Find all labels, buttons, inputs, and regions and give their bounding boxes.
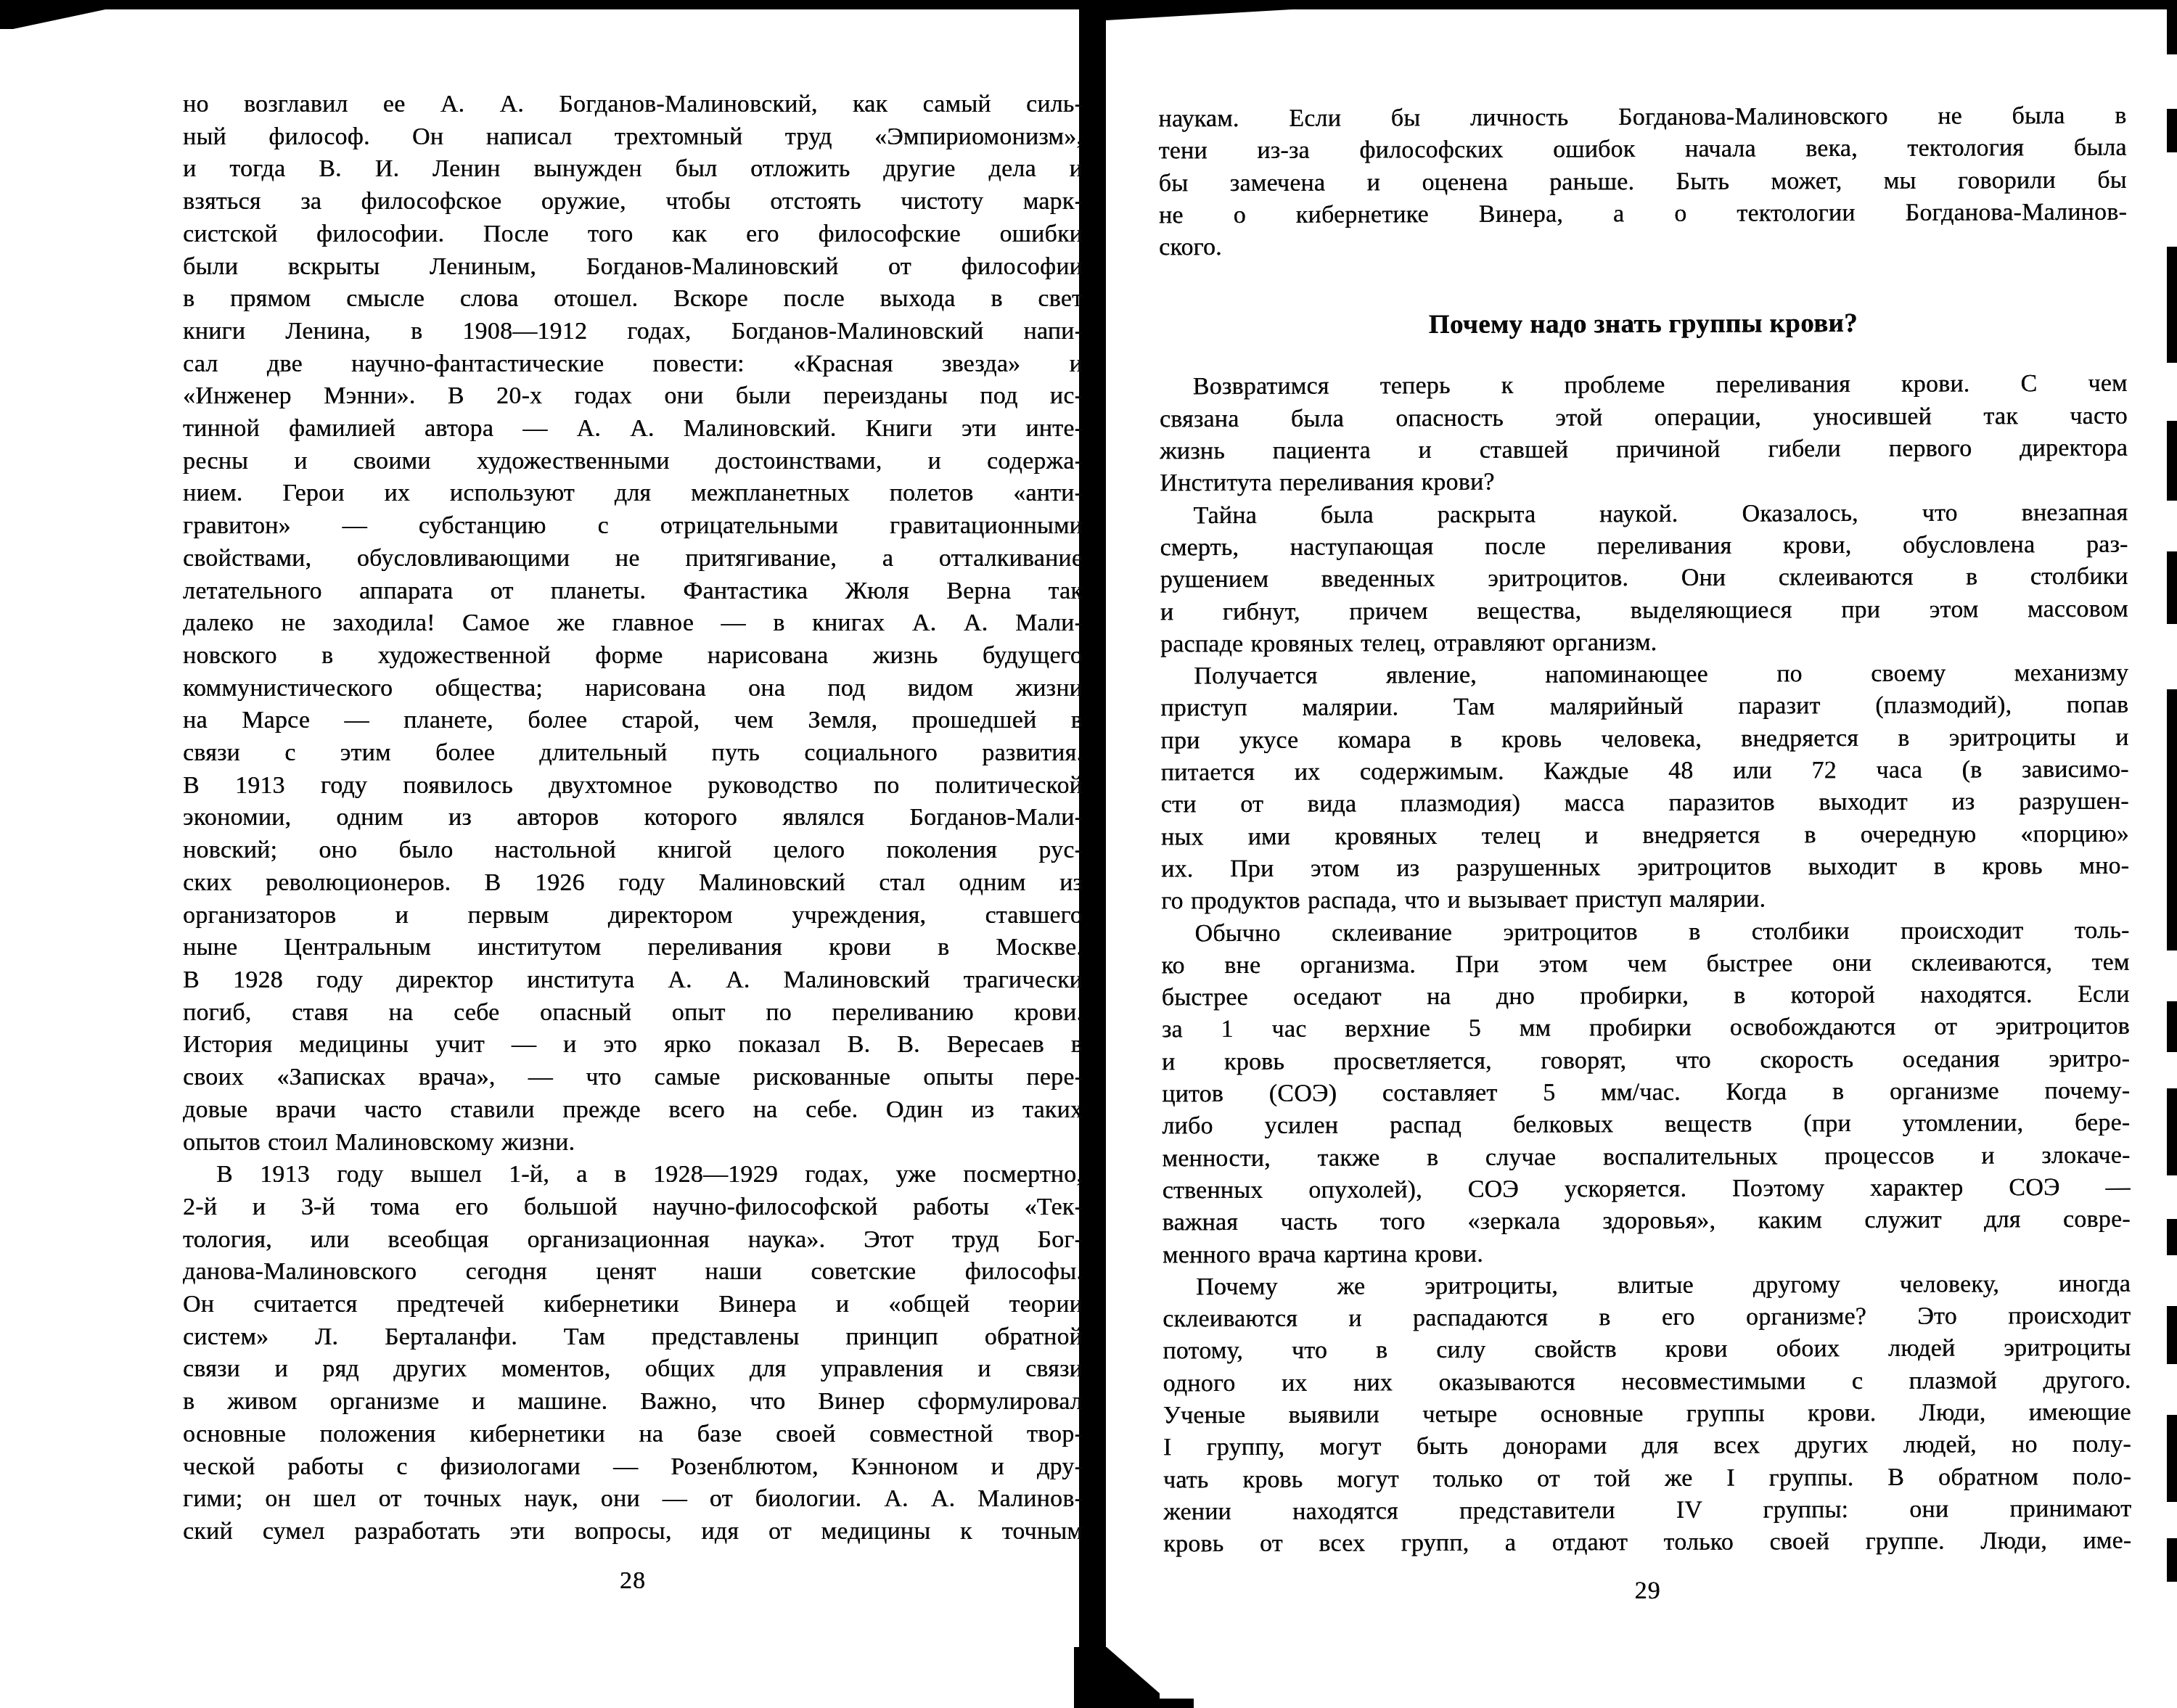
text-line: на Марсе — планете, более старой, чем Зе… <box>183 705 1083 737</box>
left-page: но возглавил ее А. А. Богданов-Малиновск… <box>183 89 1083 1595</box>
text-line: гравитон» — субстанцию с отрицательными … <box>183 510 1083 543</box>
text-line: но возглавил ее А. А. Богданов-Малиновск… <box>183 89 1083 121</box>
text-line: Получается явление, напоминающее по свое… <box>1160 657 2128 693</box>
text-line: систем» Л. Берталанфи. Там представлены … <box>183 1321 1083 1354</box>
page-number: 28 <box>183 1567 1083 1595</box>
scan-edge-bottom <box>1074 1699 1194 1708</box>
text-line: Возвратимся теперь к проблеме переливани… <box>1160 368 2128 403</box>
text-line: склеиваются и распадаются в его организм… <box>1163 1300 2131 1336</box>
page-text-column: но возглавил ее А. А. Богданов-Малиновск… <box>183 89 1083 1548</box>
text-line: «Инженер Мэнни». В 20-х годах они были п… <box>183 380 1083 413</box>
scan-edge-right-mark <box>2167 0 2177 54</box>
text-line: книги Ленина, в 1908—1912 годах, Богдано… <box>183 316 1083 348</box>
text-line: менности, также в случае воспалительных … <box>1162 1139 2130 1175</box>
text-line: жизнь пациента и ставшей причиной гибели… <box>1160 432 2128 468</box>
text-line: ный философ. Он написал трехтомный труд … <box>183 121 1083 154</box>
text-line: своих «Записках врача», — что самые риск… <box>183 1062 1083 1094</box>
text-line: нием. Герои их используют для межпланетн… <box>183 477 1083 510</box>
book-scan: но возглавил ее А. А. Богданов-Малиновск… <box>0 0 2177 1708</box>
text-line: новского в художественной форме нарисова… <box>183 640 1083 673</box>
text-line: за 1 час верхние 5 мм пробирки освобожда… <box>1162 1011 2130 1046</box>
text-line: связи и ряд других моментов, общих для у… <box>183 1353 1083 1386</box>
text-line: погиб, ставя на себе опасный опыт по пер… <box>183 997 1083 1030</box>
scan-edge-right-mark <box>2167 1538 2177 1582</box>
text-line: далеко не заходила! Самое же главное — в… <box>183 607 1083 640</box>
scan-edge-right-mark <box>2167 1306 2177 1364</box>
section-heading: Почему надо знать группы крови? <box>1159 307 2127 342</box>
text-line: данова-Малиновского сегодня ценят наши с… <box>183 1256 1083 1289</box>
text-line: Тайна была раскрыта наукой. Оказалось, ч… <box>1160 496 2128 532</box>
text-line: и тогда В. И. Ленин вынужден был отложит… <box>183 153 1083 186</box>
text-line: тинной фамилией автора — А. А. Малиновск… <box>183 413 1083 446</box>
text-line: взяться за философское оружие, чтобы отс… <box>183 186 1083 218</box>
text-line: тология, или всеобщая организационная на… <box>183 1224 1083 1257</box>
text-line: В 1928 году директор института А. А. Мал… <box>183 964 1083 997</box>
text-line: ского. <box>1159 229 2127 264</box>
text-line: не о кибернетике Винера, а о тектологии … <box>1159 197 2127 232</box>
text-line: систской философии. После того как его ф… <box>183 218 1083 251</box>
text-line: смерть, наступающая после переливания кр… <box>1160 529 2128 564</box>
text-line: одного их них оказываются несовместимыми… <box>1163 1364 2131 1400</box>
text-line: кровь от всех групп, а отдают только сво… <box>1163 1525 2131 1561</box>
text-line: ныне Центральным институтом переливания … <box>183 932 1083 964</box>
text-line: связи с этим более длительный путь социа… <box>183 737 1083 770</box>
scan-edge-right-mark <box>2167 109 2177 152</box>
text-line: 2-й и 3-й тома его большой научно-филосо… <box>183 1191 1083 1224</box>
text-line: наукам. Если бы личность Богданова-Малин… <box>1158 100 2126 136</box>
text-line: сти от вида плазмодия) масса паразитов в… <box>1161 786 2129 821</box>
text-line: ресны и своими художественными достоинст… <box>183 446 1083 478</box>
text-line: и гибнут, причем вещества, выделяющиеся … <box>1160 593 2128 628</box>
text-line: Он считается предтечей кибернетики Винер… <box>183 1289 1083 1321</box>
text-line: распаде кровяных телец, отравляют органи… <box>1160 625 2128 661</box>
text-line: летательного аппарата от планеты. Фантас… <box>183 575 1083 608</box>
scan-edge-right-mark <box>2167 689 2177 951</box>
text-line: ческой работы с физиологами — Розенблюто… <box>183 1451 1083 1484</box>
scan-edge-right-mark <box>2167 551 2177 624</box>
text-line: бы замечена и оценена раньше. Быть может… <box>1159 164 2127 200</box>
text-line: I группу, могут быть донорами для всех д… <box>1163 1429 2131 1464</box>
scan-gutter-top-shadow <box>1080 0 1297 22</box>
text-line: ных ими кровяных телец и внедряется в оч… <box>1161 818 2129 853</box>
text-line: Почему же эритроциты, влитые другому чел… <box>1163 1268 2131 1303</box>
text-line: питается их содержимым. Каждые 48 или 72… <box>1161 754 2129 789</box>
text-line: рушением введенных эритроцитов. Они скле… <box>1160 561 2128 596</box>
text-line: либо усилен распад белковых веществ (при… <box>1162 1107 2130 1143</box>
text-line: ских революционеров. В 1926 году Малинов… <box>183 867 1083 900</box>
scan-edge-right-mark <box>2167 247 2177 363</box>
text-line: их. При этом из разрушенных эритроцитов … <box>1161 850 2129 886</box>
text-line: го продуктов распада, что и вызывает при… <box>1161 882 2129 918</box>
page-text-column: наукам. Если бы личность Богданова-Малин… <box>1158 100 2131 1561</box>
text-line: опытов стоил Малиновскому жизни. <box>183 1127 1083 1159</box>
text-line: быстрее оседают на дно пробирки, в котор… <box>1162 979 2130 1014</box>
text-line: и кровь просветляется, говорят, что скор… <box>1162 1043 2130 1078</box>
text-line: цитов (СОЭ) составляет 5 мм/час. Когда в… <box>1162 1075 2130 1111</box>
text-line: Института переливания крови? <box>1160 464 2128 500</box>
text-line: при укусе комара в кровь человека, внедр… <box>1160 721 2128 757</box>
text-line: организаторов и первым директором учрежд… <box>183 900 1083 932</box>
page-number: 29 <box>1163 1576 2131 1607</box>
scan-edge-right-mark <box>2167 1088 2177 1175</box>
text-line: гими; он шел от точных наук, они — от би… <box>183 1483 1083 1516</box>
text-line: Обычно склеивание эритроцитов в столбики… <box>1161 914 2129 950</box>
text-line: В 1913 году вышел 1-й, а в 1928—1929 год… <box>183 1159 1083 1191</box>
text-line: жении находятся представители IV группы:… <box>1163 1493 2131 1529</box>
text-line: сал две научно-фантастические повести: «… <box>183 348 1083 381</box>
text-line: основные положения кибернетики на базе с… <box>183 1418 1083 1451</box>
text-line: экономии, одним из авторов которого явля… <box>183 802 1083 834</box>
text-line: В 1913 году появилось двухтомное руковод… <box>183 770 1083 802</box>
text-line: коммунистического общества; нарисована о… <box>183 673 1083 705</box>
text-line: в живом организме и машине. Важно, что В… <box>183 1386 1083 1418</box>
text-line: менного врача картина крови. <box>1163 1236 2131 1271</box>
text-line: тени из-за философских ошибок начала век… <box>1159 132 2127 168</box>
text-line: важная часть того «зеркала здоровья», ка… <box>1163 1204 2131 1239</box>
text-line: довые врачи часто ставили прежде всего н… <box>183 1094 1083 1127</box>
right-page: наукам. Если бы личность Богданова-Малин… <box>1158 100 2131 1607</box>
text-line: ственных опухолей), СОЭ ускоряется. Поэт… <box>1163 1172 2131 1207</box>
text-line: свойствами, обусловливающими не притягив… <box>183 543 1083 575</box>
scan-edge-right-mark <box>2167 1219 2177 1255</box>
scan-corner-shadow <box>0 0 109 29</box>
text-line: в прямом смысле слова отошел. Вскоре пос… <box>183 283 1083 316</box>
text-line: новский; оно было настольной книгой цело… <box>183 834 1083 867</box>
text-line: приступ малярии. Там малярийный паразит … <box>1160 689 2128 725</box>
text-line: ко вне организма. При этом чем быстрее о… <box>1161 946 2129 982</box>
text-line: История медицины учит — и это ярко показ… <box>183 1029 1083 1062</box>
scan-gutter-shadow <box>1079 0 1106 1708</box>
text-line: связана была опасность этой операции, ун… <box>1160 400 2128 435</box>
scan-edge-right-mark <box>2167 1001 2177 1052</box>
text-line: были вскрыты Лениным, Богданов-Малиновск… <box>183 251 1083 284</box>
text-line: Ученые выявили четыре основные группы кр… <box>1163 1397 2131 1432</box>
text-line: чать кровь могут только от той же I груп… <box>1163 1461 2131 1496</box>
scan-edge-right-mark <box>2167 1415 2177 1502</box>
scan-edge-right-mark <box>2167 421 2177 501</box>
text-line: ский сумел разработать эти вопросы, идя … <box>183 1516 1083 1548</box>
text-line: потому, что в силу свойств крови обоих л… <box>1163 1332 2131 1368</box>
